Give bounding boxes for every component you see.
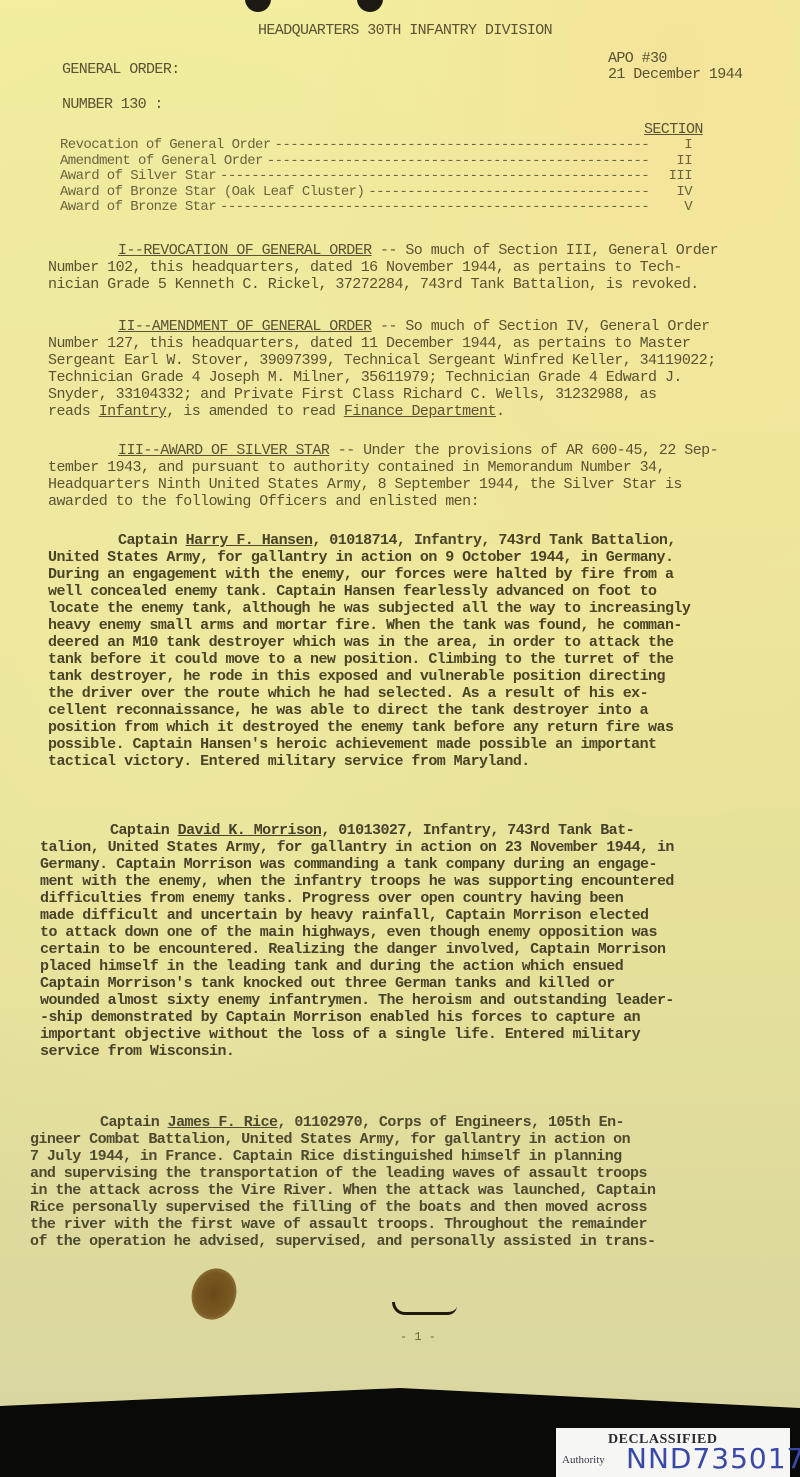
document-heading: HEADQUARTERS 30TH INFANTRY DIVISION [258, 22, 552, 39]
section-revocation: I--REVOCATION OF GENERAL ORDER -- So muc… [48, 242, 768, 293]
apo-number: APO #30 [608, 50, 667, 67]
stain-mark [184, 1262, 243, 1326]
declassified-stamp: DECLASSIFIED Authority NND735017 [556, 1428, 790, 1477]
order-number: NUMBER 130 : [62, 96, 163, 113]
toc-item: Award of Bronze Star (Oak Leaf Cluster)I… [60, 184, 692, 200]
punch-hole [357, 0, 383, 12]
toc-item: Award of Silver StarIII [60, 168, 692, 184]
stamp-code: NND735017 [626, 1442, 800, 1475]
page-number: - 1 - [400, 1330, 436, 1344]
toc-item: Revocation of General OrderI [60, 137, 692, 153]
punch-hole [245, 0, 271, 12]
general-order-label: GENERAL ORDER: [62, 61, 180, 78]
section-title: III--AWARD OF SILVER STAR [118, 442, 329, 459]
stamp-authority: Authority [562, 1454, 605, 1466]
section-title: II--AMENDMENT OF GENERAL ORDER [118, 318, 372, 335]
section-silver-star: III--AWARD OF SILVER STAR -- Under the p… [48, 442, 768, 510]
order-date: 21 December 1944 [608, 66, 742, 83]
recipient-name: David K. Morrison [178, 822, 322, 839]
toc-item: Amendment of General OrderII [60, 153, 692, 169]
citation: Captain Harry F. Hansen, 01018714, Infan… [48, 532, 768, 770]
section-title: I--REVOCATION OF GENERAL ORDER [118, 242, 372, 259]
section-amendment: II--AMENDMENT OF GENERAL ORDER -- So muc… [48, 318, 768, 420]
document-page: HEADQUARTERS 30TH INFANTRY DIVISION APO … [0, 0, 800, 1420]
citation: Captain David K. Morrison, 01013027, Inf… [40, 822, 760, 1060]
citation: Captain James F. Rice, 01102970, Corps o… [30, 1114, 750, 1250]
recipient-name: Harry F. Hansen [186, 532, 313, 549]
table-of-contents: Revocation of General OrderI Amendment o… [60, 137, 692, 215]
toc-section-header: SECTION [644, 121, 703, 138]
toc-item: Award of Bronze StarV [60, 199, 692, 215]
recipient-name: James F. Rice [168, 1114, 278, 1131]
signature-mark [392, 1302, 457, 1315]
